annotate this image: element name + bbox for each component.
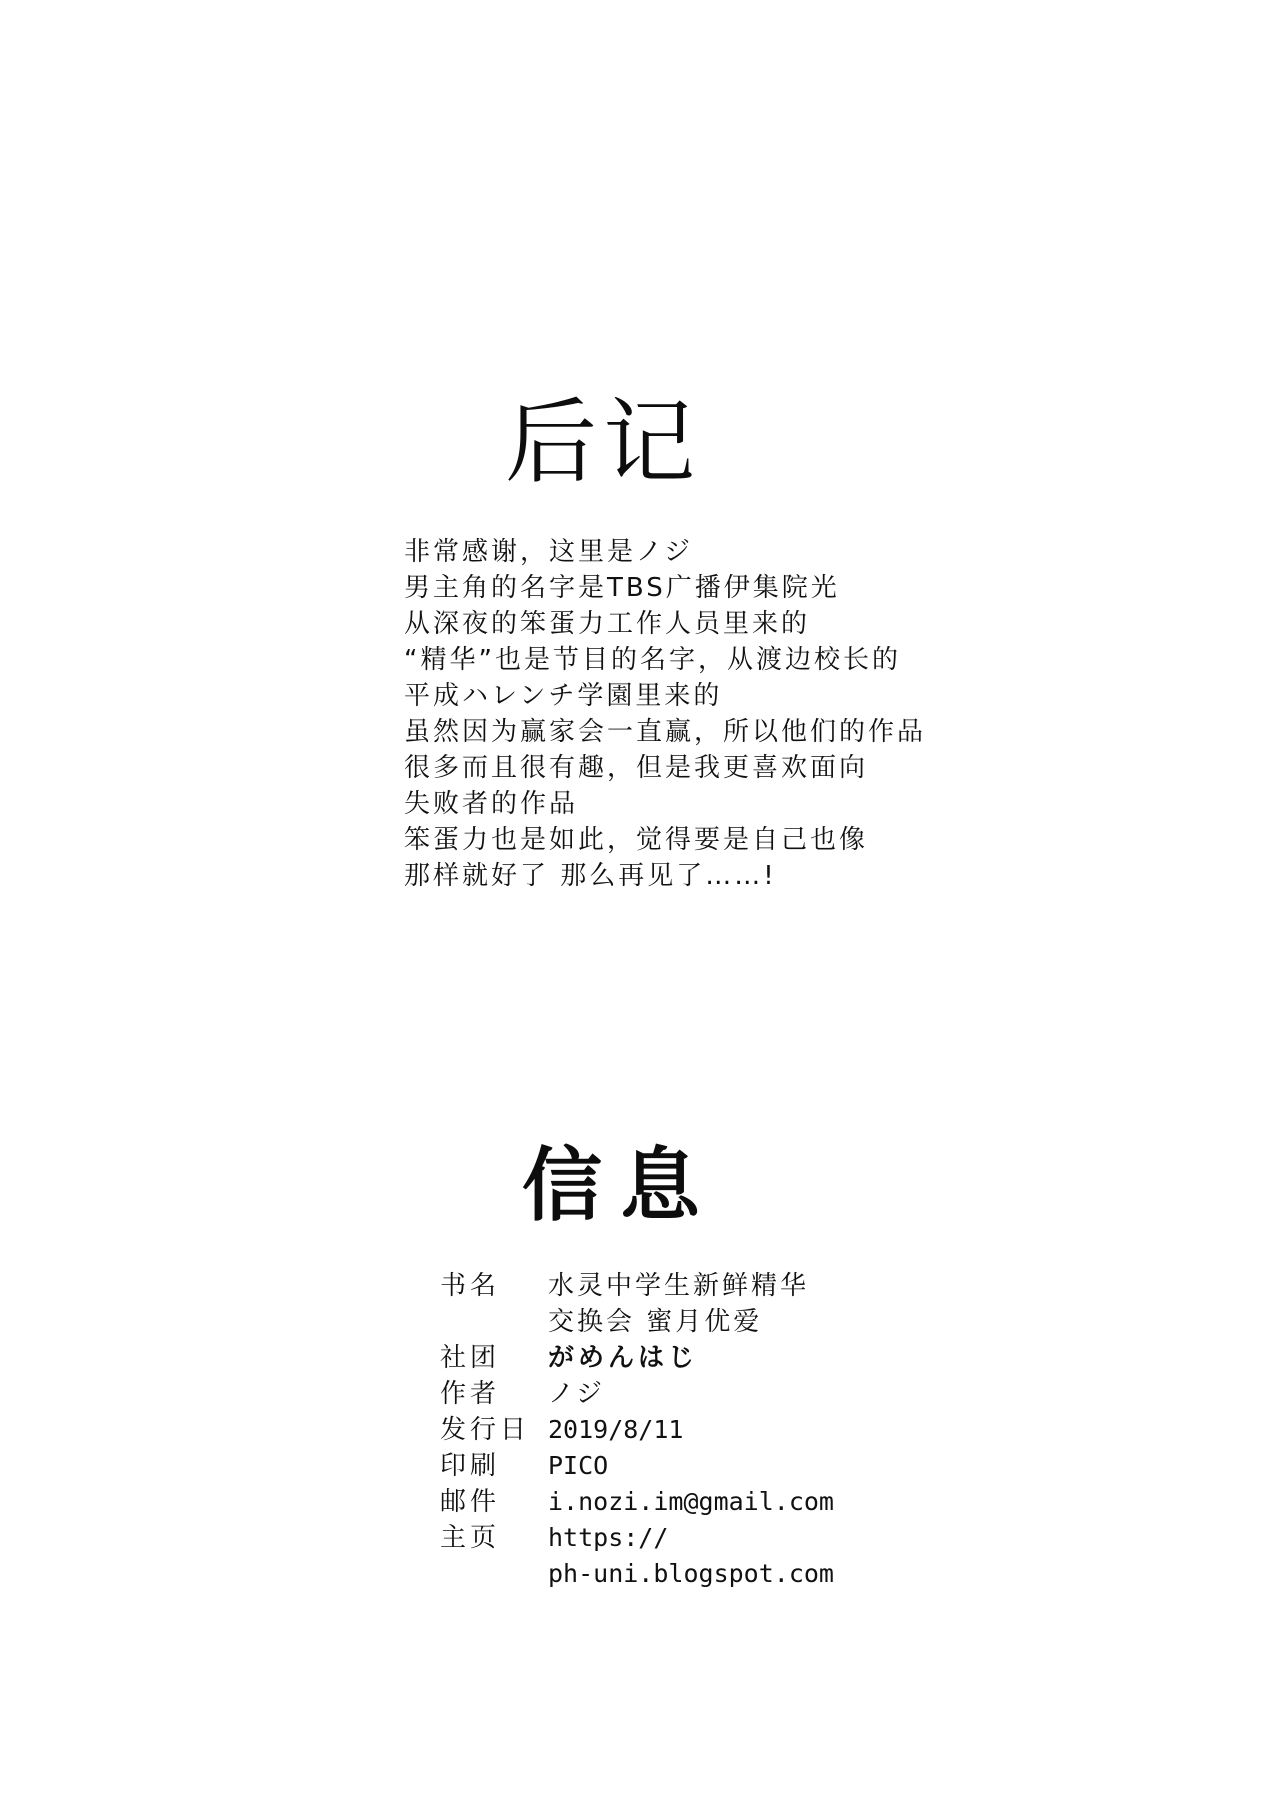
info-values: 水灵中学生新鲜精华 交换会 蜜月优爱: [548, 1268, 809, 1340]
info-values: PICO: [548, 1448, 608, 1484]
email-address: i.nozi.im@gmail.com: [548, 1484, 834, 1520]
info-row-email: 邮件 i.nozi.im@gmail.com: [440, 1484, 834, 1520]
homepage-url-line: https://: [548, 1520, 834, 1556]
info-row-book-title: 书名 水灵中学生新鲜精华 交换会 蜜月优爱: [440, 1268, 834, 1340]
info-values: 2019/8/11: [548, 1412, 683, 1448]
info-row-release-date: 发行日 2019/8/11: [440, 1412, 834, 1448]
afterword-line: 虽然因为赢家会一直赢，所以他们的作品: [404, 714, 926, 750]
info-values: ノジ: [548, 1376, 605, 1412]
book-title-line: 交换会 蜜月优爱: [548, 1304, 809, 1340]
info-label: 书名: [440, 1268, 548, 1304]
info-row-printer: 印刷 PICO: [440, 1448, 834, 1484]
info-label: 发行日: [440, 1412, 548, 1448]
info-values: https:// ph-uni.blogspot.com: [548, 1520, 834, 1592]
printer-name: PICO: [548, 1448, 608, 1484]
afterword-line: 笨蛋力也是如此，觉得要是自己也像: [404, 822, 926, 858]
info-title: 信息: [522, 1138, 718, 1234]
info-row-author: 作者 ノジ: [440, 1376, 834, 1412]
info-row-homepage: 主页 https:// ph-uni.blogspot.com: [440, 1520, 834, 1592]
colophon-table: 书名 水灵中学生新鲜精华 交换会 蜜月优爱 社团 がめんはじ 作者 ノジ 发行日…: [440, 1268, 834, 1592]
info-label: 作者: [440, 1376, 548, 1412]
info-values: i.nozi.im@gmail.com: [548, 1484, 834, 1520]
afterword-line: 平成ハレンチ学園里来的: [404, 678, 926, 714]
afterword-line: 男主角的名字是TBS广播伊集院光: [404, 570, 926, 606]
circle-name: がめんはじ: [548, 1340, 698, 1376]
afterword-line: 从深夜的笨蛋力工作人员里来的: [404, 606, 926, 642]
afterword-line: 很多而且很有趣，但是我更喜欢面向: [404, 750, 926, 786]
afterword-line: 失败者的作品: [404, 786, 926, 822]
afterword-line: “精华”也是节目的名字，从渡边校长的: [404, 642, 926, 678]
author-name: ノジ: [548, 1376, 605, 1412]
afterword-title: 后记: [505, 388, 701, 498]
release-date: 2019/8/11: [548, 1412, 683, 1448]
info-label: 主页: [440, 1520, 548, 1556]
info-label: 邮件: [440, 1484, 548, 1520]
afterword-line: 非常感谢，这里是ノジ: [404, 534, 926, 570]
afterword-body: 非常感谢，这里是ノジ 男主角的名字是TBS广播伊集院光 从深夜的笨蛋力工作人员里…: [404, 534, 926, 894]
info-row-circle: 社团 がめんはじ: [440, 1340, 834, 1376]
info-label: 社团: [440, 1340, 548, 1376]
afterword-line: 那样就好了 那么再见了……!: [404, 858, 926, 894]
book-title-line: 水灵中学生新鲜精华: [548, 1268, 809, 1304]
homepage-url-line: ph-uni.blogspot.com: [548, 1556, 834, 1592]
info-values: がめんはじ: [548, 1340, 698, 1376]
afterword-page: 后记 非常感谢，这里是ノジ 男主角的名字是TBS广播伊集院光 从深夜的笨蛋力工作…: [0, 0, 1280, 1808]
info-label: 印刷: [440, 1448, 548, 1484]
